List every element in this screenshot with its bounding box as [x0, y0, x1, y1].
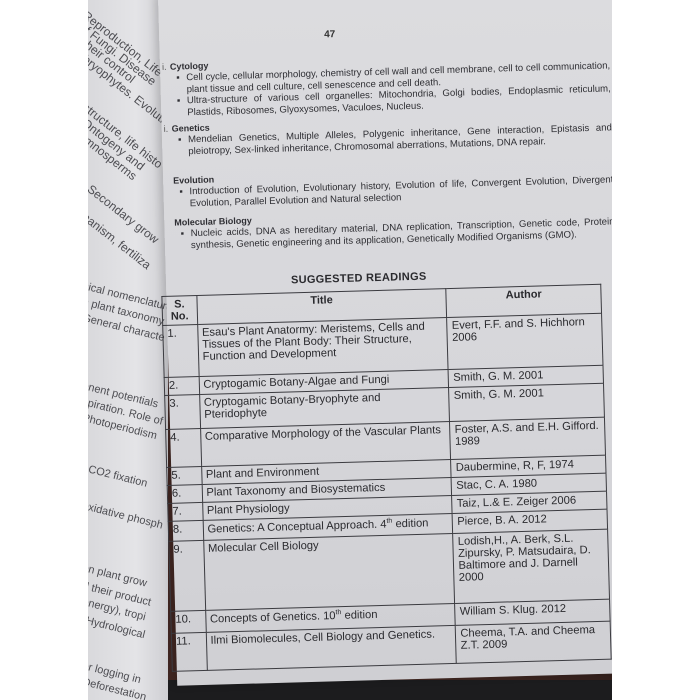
cell-title: Molecular Cell Biology	[203, 533, 455, 610]
cell-author: Lodish,H., A. Berk, S.L. Zipursky, P. Ma…	[453, 529, 609, 603]
cell-sno: 7.	[168, 502, 203, 521]
cell-sno: 10.	[171, 610, 206, 633]
cell-sno: 4.	[166, 428, 202, 467]
left-page-text-fragment: oxidative phosph	[88, 500, 164, 532]
title-text: Comparative Morphology of the Vascular P…	[205, 424, 441, 443]
readings-heading: SUGGESTED READINGS	[291, 271, 427, 287]
title-suffix: edition	[341, 609, 377, 622]
title-text: Plant Physiology	[207, 503, 290, 517]
cell-sno: 11.	[171, 632, 207, 671]
bullet-icon: ▪	[180, 228, 191, 251]
title-text: Molecular Cell Biology	[208, 540, 319, 555]
title-text: Esau's Plant Anatormy: Meristems, Cells …	[202, 321, 425, 363]
suggested-readings-table: S. No. Title Author 1.Esau's Plant Anato…	[161, 284, 611, 672]
bullet-icon: ▪	[178, 134, 189, 157]
section-evolution: Evolution▪Introduction of Evolution, Evo…	[173, 163, 612, 209]
cell-title: Esau's Plant Anatormy: Meristems, Cells …	[197, 318, 448, 377]
title-text: Cryptogamic Botany-Bryophyte and Pterido…	[204, 392, 381, 421]
section-genetics: i.Genetics▪Mendelian Genetics, Multiple …	[172, 111, 612, 157]
cell-sno: 1.	[163, 325, 199, 378]
title-text: Ilmi Biomolecules, Cell Biology and Gene…	[210, 629, 435, 647]
section-marker: i.	[162, 62, 167, 72]
cell-sno: 9.	[169, 540, 206, 611]
section-cytology: i.Cytology▪Cell cycle, cellular morpholo…	[170, 49, 611, 118]
cell-author: Cheema, T.A. and Cheema Z.T. 2009	[456, 621, 612, 663]
bullet-icon: ▪	[177, 95, 188, 118]
header-author: Author	[446, 284, 601, 317]
title-suffix: edition	[392, 517, 428, 530]
bullet-icon: ▪	[176, 72, 187, 95]
photo-frame: of Reproduction, Lifes of Fungi. Disease…	[88, 0, 612, 700]
title-text: Concepts of Genetics. 10	[210, 610, 336, 626]
title-text: Cryptogamic Botany-Algae and Fungi	[203, 374, 389, 391]
title-text: Plant and Environment	[206, 466, 319, 481]
cell-author: Evert, F.F. and S. Hichhorn 2006	[447, 313, 603, 369]
cell-sno: 8.	[168, 520, 203, 541]
cell-author: Smith, G. M. 2001	[449, 383, 604, 421]
cell-sno: 2.	[164, 377, 199, 396]
title-text: Genetics: A Conceptual Approach. 4	[207, 519, 386, 536]
title-text: Plant Taxonomy and Biosystematics	[206, 482, 385, 499]
cell-sno: 5.	[167, 466, 202, 485]
book-page: 47 i.Cytology▪Cell cycle, cellular morph…	[158, 0, 612, 686]
cell-sno: 3.	[165, 395, 200, 430]
section-marker: i.	[164, 124, 169, 134]
bullet-icon: ▪	[179, 186, 190, 209]
cell-title: Ilmi Biomolecules, Cell Biology and Gene…	[206, 625, 457, 670]
cell-sno: 6.	[167, 484, 202, 503]
left-page-text-fragment: . CO2 fixation	[88, 462, 149, 490]
section-molecular-biology: Molecular Biology▪Nucleic acids, DNA as …	[174, 205, 612, 251]
cell-author: Foster, A.S. and E.H. Gifford. 1989	[450, 417, 606, 459]
page-number: 47	[324, 29, 335, 40]
header-sno: S. No.	[162, 296, 197, 326]
table-row: 9.Molecular Cell BiologyLodish,H., A. Be…	[169, 529, 610, 611]
left-facing-page: of Reproduction, Lifes of Fungi. Disease…	[88, 0, 168, 700]
